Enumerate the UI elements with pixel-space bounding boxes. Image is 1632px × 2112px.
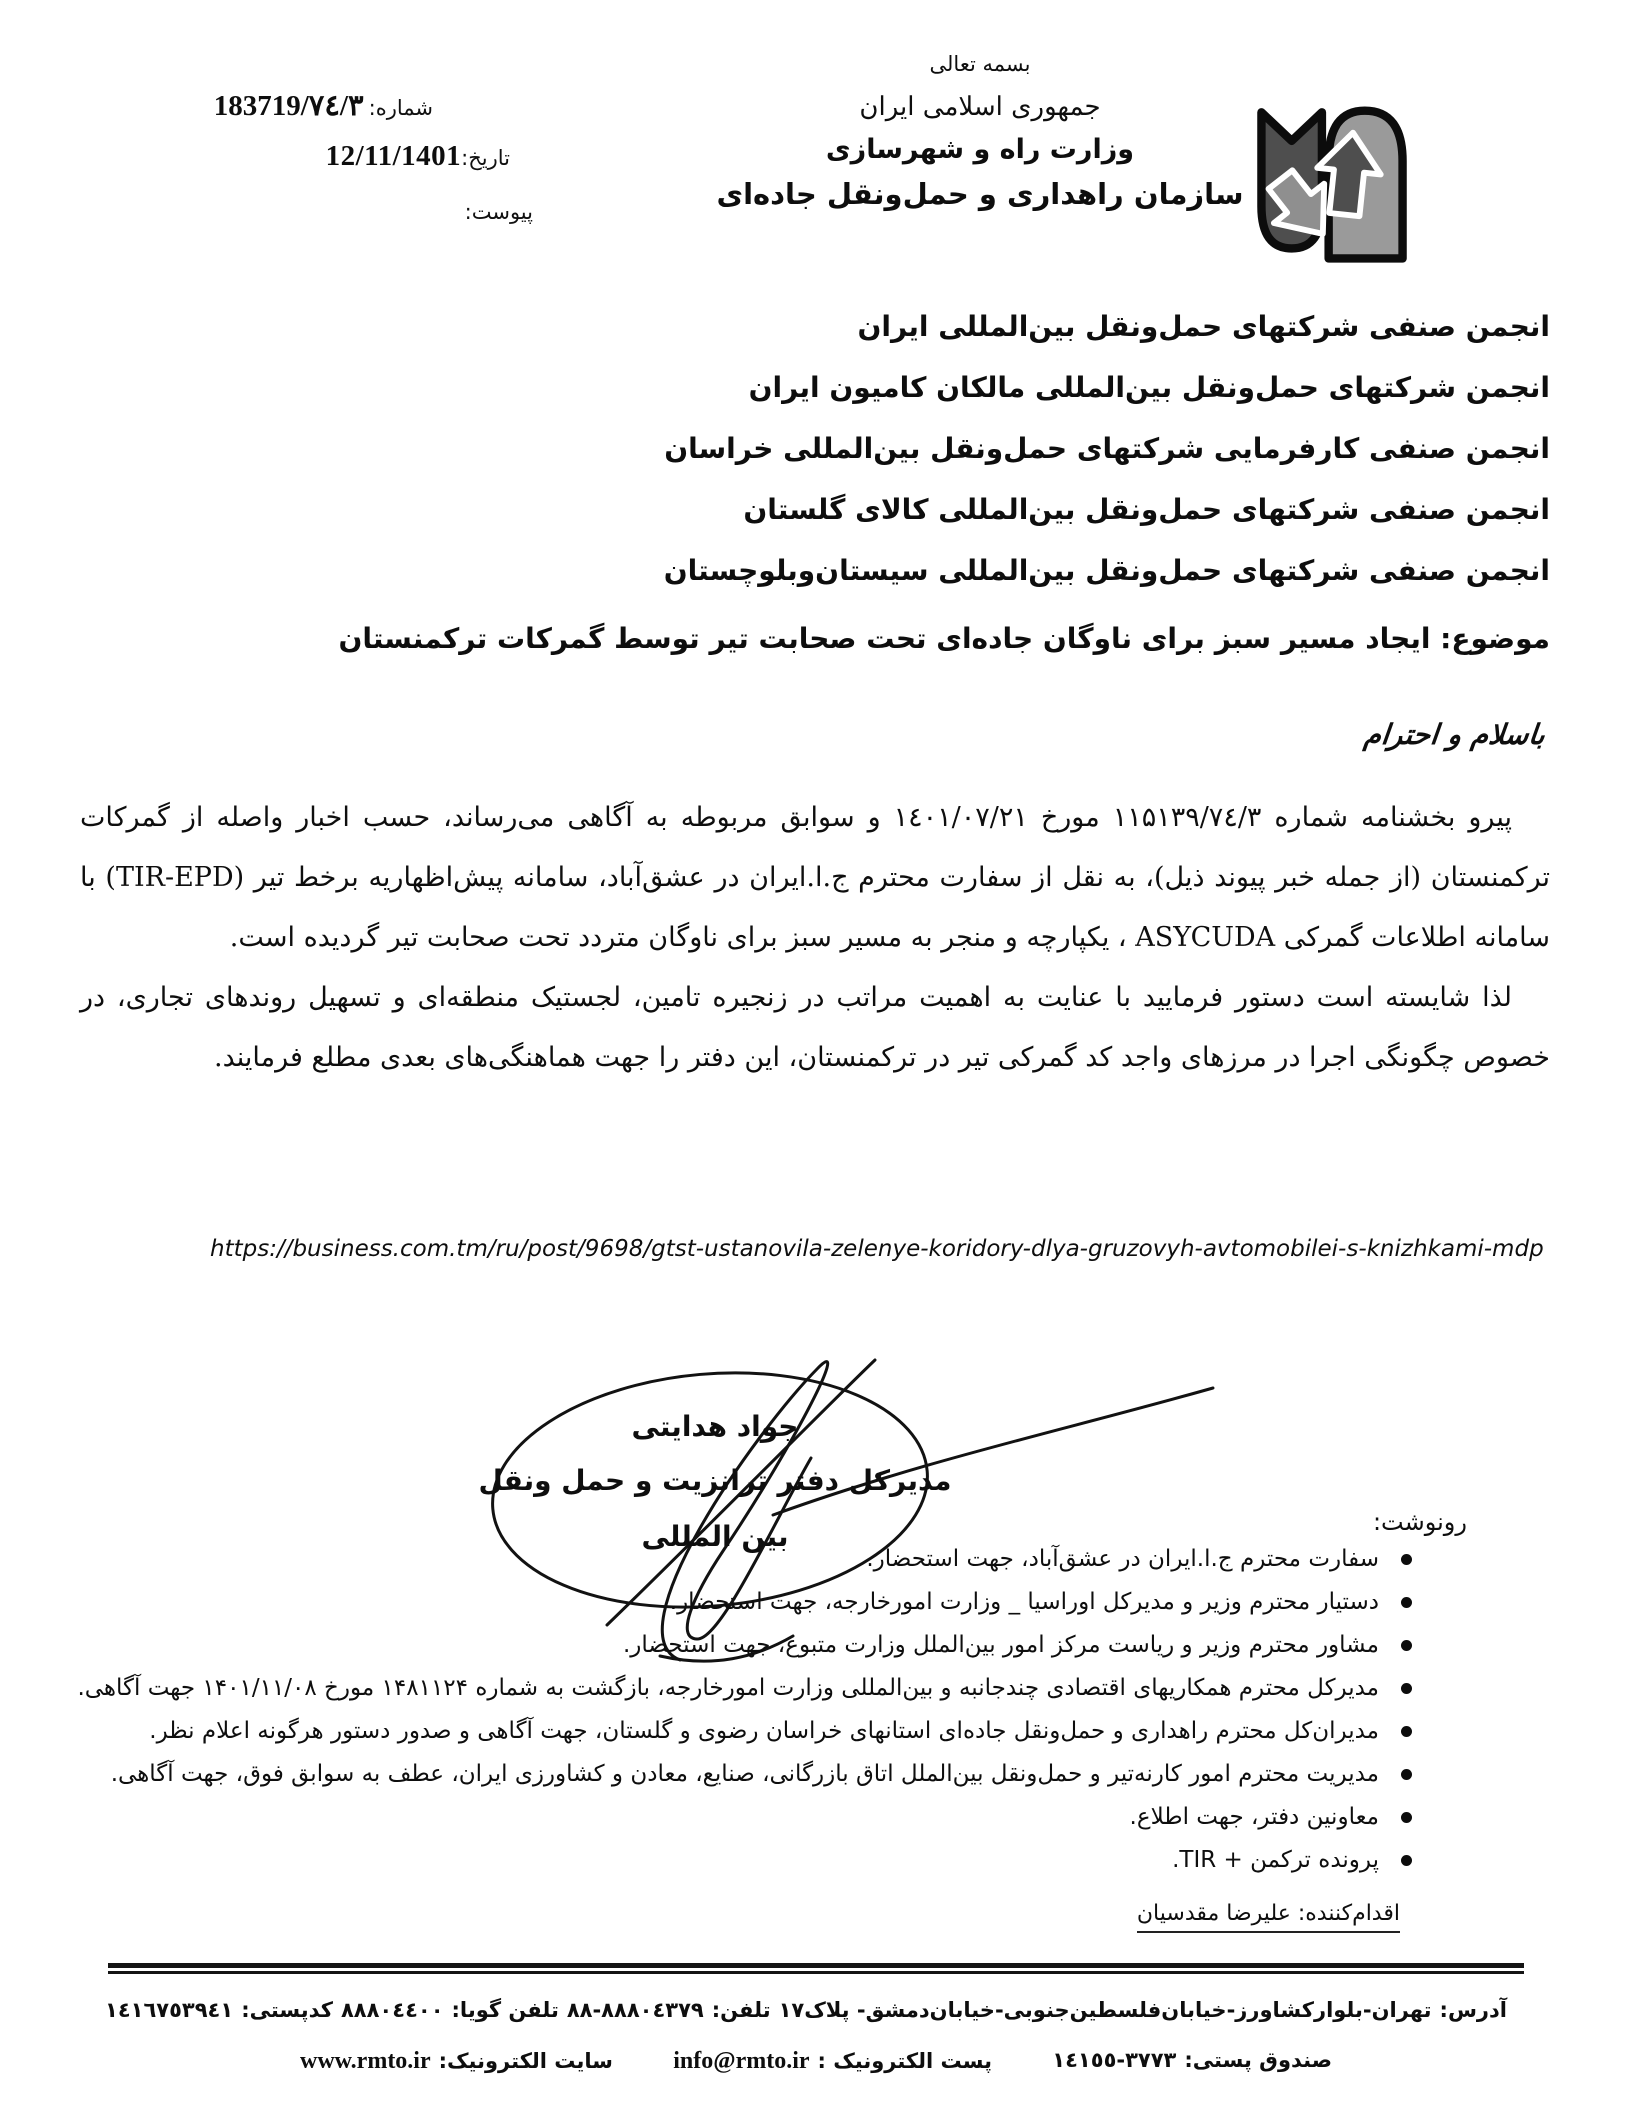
website-value[interactable]: www.rmto.ir xyxy=(300,2048,431,2075)
bismillah-text: بسمه تعالی xyxy=(700,52,1260,76)
address-label: آدرس: xyxy=(1440,1998,1507,2022)
rmto-logo-icon xyxy=(1248,86,1416,268)
recipient-line: انجمن شرکتهای حمل‌ونقل بین‌المللی مالکان… xyxy=(82,357,1550,418)
phone-value: ۸۸-۸۸۸۰٤۳۷۹ xyxy=(567,1998,704,2022)
footer-contact-line: صندوق پستی: ۱٤۱٥٥-۳۷۷۳ پست الکترونیک : i… xyxy=(300,2048,1332,2075)
organization-title: سازمان راهداری و حمل‌ونقل جاده‌ای xyxy=(700,177,1260,211)
cc-item: مدیران‌کل محترم راهداری و حمل‌ونقل جاده‌… xyxy=(60,1716,1412,1746)
bullet-icon xyxy=(1401,1554,1412,1565)
footer-address-line: آدرس: تهران-بلوارکشاورز-خیابان‌فلسطین‌جن… xyxy=(105,1998,1507,2022)
email-label: پست الکترونیک : xyxy=(818,2049,992,2073)
recipient-line: انجمن صنفی شرکتهای حمل‌ونقل بین‌المللی س… xyxy=(82,540,1550,601)
action-by-line: اقدام‌کننده: علیرضا مقدسیان xyxy=(1137,1901,1400,1933)
subject-line: موضوع: ایجاد مسیر سبز برای ناوگان جاده‌ا… xyxy=(82,622,1550,655)
recipient-list: انجمن صنفی شرکتهای حمل‌ونقل بین‌المللی ا… xyxy=(82,296,1550,601)
cc-section: رونوشت: سفارت محترم ج.ا.ایران در عشق‌آبا… xyxy=(60,1508,1467,1888)
letter-body: پیرو بخشنامه شماره ۱۱۵۱۳۹/۷٤/۳ مورخ ۱٤۰۱… xyxy=(80,788,1550,1088)
letter-attachment-label: پیوست: xyxy=(465,200,533,224)
cc-item-text: سفارت محترم ج.ا.ایران در عشق‌آباد، جهت ا… xyxy=(866,1544,1379,1574)
cc-item: مدیرکل محترم همکاریهای اقتصادی چندجانبه … xyxy=(60,1673,1412,1703)
letter-number-label: شماره: xyxy=(369,96,433,120)
address-value: تهران-بلوارکشاورز-خیابان‌فلسطین‌جنوبی-خی… xyxy=(779,1998,1432,2022)
cc-item: سفارت محترم ج.ا.ایران در عشق‌آباد، جهت ا… xyxy=(60,1544,1412,1574)
body-paragraph-2: لذا شایسته است دستور فرمایید با عنایت به… xyxy=(80,968,1550,1088)
cc-item: دستیار محترم وزیر و مدیرکل اوراسیا _ وزا… xyxy=(60,1587,1412,1617)
po-box-label: صندوق پستی: xyxy=(1184,2048,1332,2072)
po-box-value: ۱٤۱٥٥-۳۷۷۳ xyxy=(1052,2048,1176,2072)
email-value[interactable]: info@rmto.ir xyxy=(673,2048,809,2075)
footer-po-box-group: صندوق پستی: ۱٤۱٥٥-۳۷۷۳ xyxy=(1052,2048,1332,2075)
signatory-name: جواد هدایتی xyxy=(465,1410,965,1443)
bullet-icon xyxy=(1401,1640,1412,1651)
bullet-icon xyxy=(1401,1812,1412,1823)
footer-website-group: سایت الکترونیک:www.rmto.ir xyxy=(300,2048,613,2075)
recipient-line: انجمن صنفی شرکتهای حمل‌ونقل بین‌المللی ک… xyxy=(82,479,1550,540)
postal-code-label: کدپستی: xyxy=(241,1998,333,2022)
bullet-icon xyxy=(1401,1769,1412,1780)
cc-item-text: معاونین دفتر، جهت اطلاع. xyxy=(1130,1802,1379,1832)
footer-divider xyxy=(108,1963,1524,1974)
postal-code-value: ۱٤۱٦۷٥۳۹٤۱ xyxy=(105,1998,233,2022)
source-url-link[interactable]: https://business.com.tm/ru/post/9698/gts… xyxy=(210,1236,1512,1262)
recipient-line: انجمن صنفی کارفرمایی شرکتهای حمل‌ونقل بی… xyxy=(82,418,1550,479)
letter-attachment-row: پیوست: xyxy=(465,200,533,224)
cc-item: پرونده ترکمن + TIR. xyxy=(60,1845,1412,1875)
cc-item: معاونین دفتر، جهت اطلاع. xyxy=(60,1802,1412,1832)
letterhead-titles: بسمه تعالی جمهوری اسلامی ایران وزارت راه… xyxy=(700,52,1260,211)
signatory-title-line1: مدیرکل دفتر ترانزیت و حمل ونقل xyxy=(465,1464,965,1497)
country-title: جمهوری اسلامی ایران xyxy=(700,92,1260,122)
voice-phone-label: تلفن گویا: xyxy=(452,1998,559,2022)
letter-date-value: 12/11/1401 xyxy=(326,140,462,173)
footer-postal-code-group: کدپستی:۱٤۱٦۷٥۳۹٤۱ xyxy=(105,1998,333,2022)
website-label: سایت الکترونیک: xyxy=(439,2049,613,2073)
bullet-icon xyxy=(1401,1597,1412,1608)
cc-item-text: پرونده ترکمن + TIR. xyxy=(1172,1845,1379,1875)
recipient-line: انجمن صنفی شرکتهای حمل‌ونقل بین‌المللی ا… xyxy=(82,296,1550,357)
body-paragraph-1: پیرو بخشنامه شماره ۱۱۵۱۳۹/۷٤/۳ مورخ ۱٤۰۱… xyxy=(80,788,1550,968)
footer-address-group: آدرس: تهران-بلوارکشاورز-خیابان‌فلسطین‌جن… xyxy=(779,1998,1507,2022)
letter-date-row: تاریخ:12/11/1401 xyxy=(326,140,510,173)
cc-item-text: مدیرکل محترم همکاریهای اقتصادی چندجانبه … xyxy=(77,1673,1379,1703)
bullet-icon xyxy=(1401,1855,1412,1866)
footer-email-group: پست الکترونیک : info@rmto.ir xyxy=(673,2048,992,2075)
phone-label: تلفن: xyxy=(712,1998,771,2022)
cc-item-text: دستیار محترم وزیر و مدیرکل اوراسیا _ وزا… xyxy=(670,1587,1379,1617)
ministry-title: وزارت راه و شهرسازی xyxy=(700,134,1260,165)
letter-number-row: شماره: 183719/٧٤/٣ xyxy=(214,88,433,123)
footer-voice-phone-group: تلفن گویا: ۸۸۸۰٤٤۰۰ xyxy=(341,1998,559,2022)
footer-phone-group: تلفن: ۸۸-۸۸۸۰٤۳۷۹ xyxy=(567,1998,771,2022)
official-letter-page: شماره: 183719/٧٤/٣ تاریخ:12/11/1401 پیوس… xyxy=(0,0,1632,2112)
cc-item-text: مدیران‌کل محترم راهداری و حمل‌ونقل جاده‌… xyxy=(149,1716,1379,1746)
cc-item: مدیریت محترم امور کارنه‌تیر و حمل‌ونقل ب… xyxy=(60,1759,1412,1789)
voice-phone-value: ۸۸۸۰٤٤۰۰ xyxy=(341,1998,444,2022)
letter-date-label: تاریخ: xyxy=(461,146,510,170)
cc-item-text: مشاور محترم وزیر و ریاست مرکز امور بین‌ا… xyxy=(623,1630,1379,1660)
cc-item: مشاور محترم وزیر و ریاست مرکز امور بین‌ا… xyxy=(60,1630,1412,1660)
bullet-icon xyxy=(1401,1726,1412,1737)
bullet-icon xyxy=(1401,1683,1412,1694)
cc-item-text: مدیریت محترم امور کارنه‌تیر و حمل‌ونقل ب… xyxy=(111,1759,1379,1789)
letter-number-value: 183719/٧٤/٣ xyxy=(214,88,364,123)
salutation-text: باسلام و احترام xyxy=(1362,718,1546,751)
cc-label: رونوشت: xyxy=(60,1508,1467,1536)
